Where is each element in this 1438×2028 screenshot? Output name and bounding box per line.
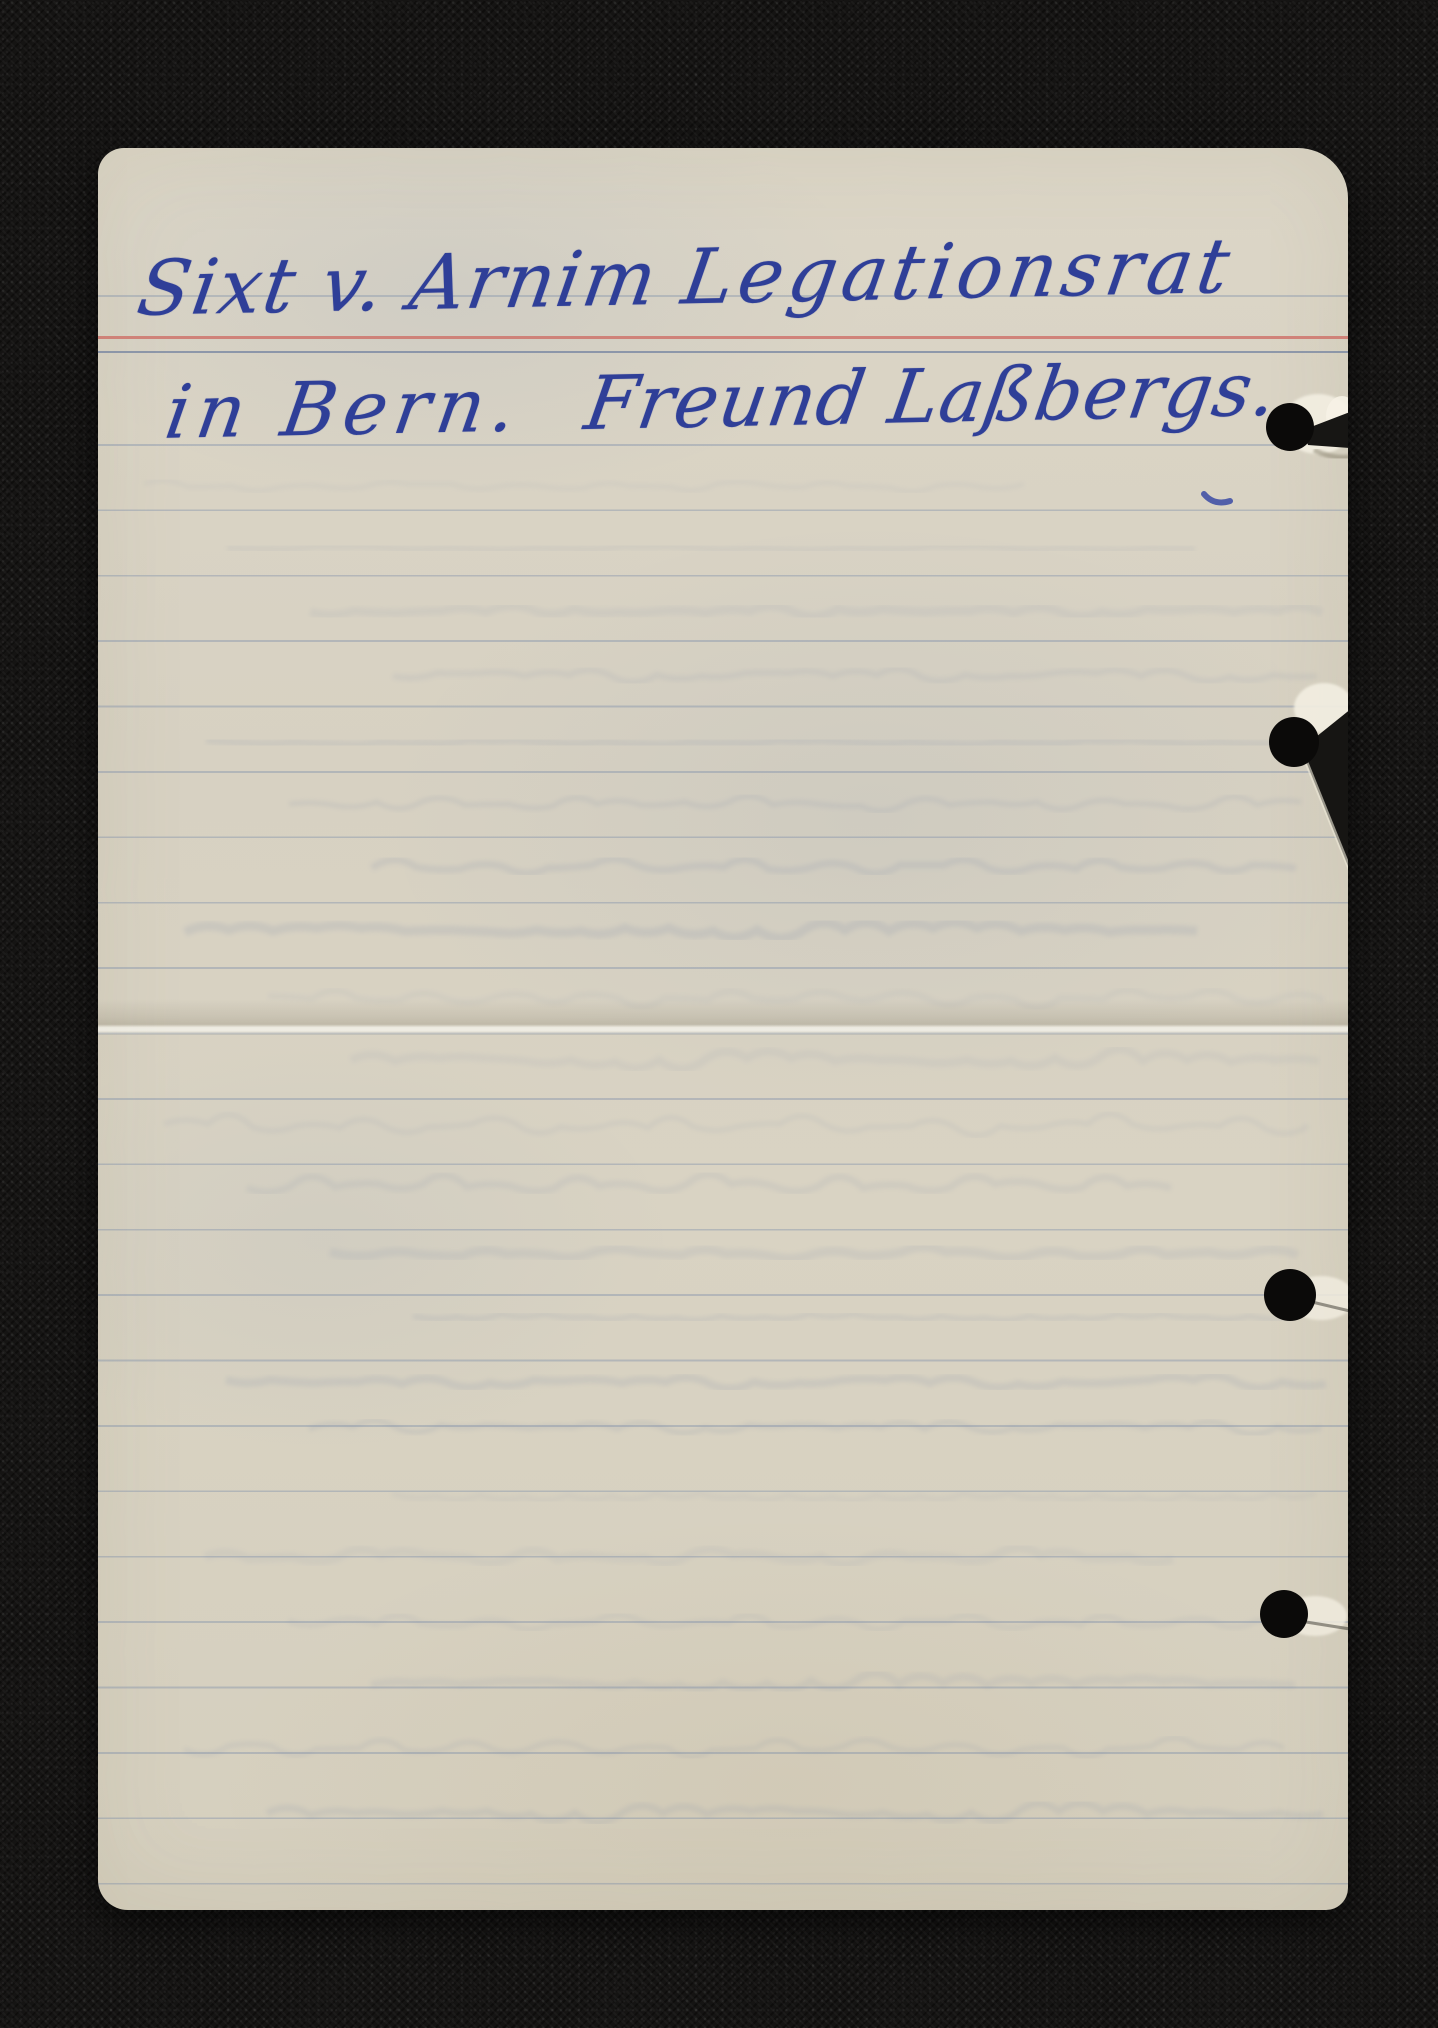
punch-hole-4 bbox=[1260, 1590, 1348, 1638]
notebook-page: Sixt v. ArnimLegationsrat in Bern.Freund… bbox=[98, 148, 1348, 1910]
photo-scene: Sixt v. ArnimLegationsrat in Bern.Freund… bbox=[0, 0, 1438, 2028]
punch-hole-3 bbox=[1264, 1269, 1348, 1321]
paper-damage-overlay bbox=[98, 148, 1348, 1910]
ink-fleck bbox=[1204, 494, 1230, 502]
punch-hole-1 bbox=[1266, 394, 1348, 457]
punch-hole-2 bbox=[1269, 683, 1348, 876]
